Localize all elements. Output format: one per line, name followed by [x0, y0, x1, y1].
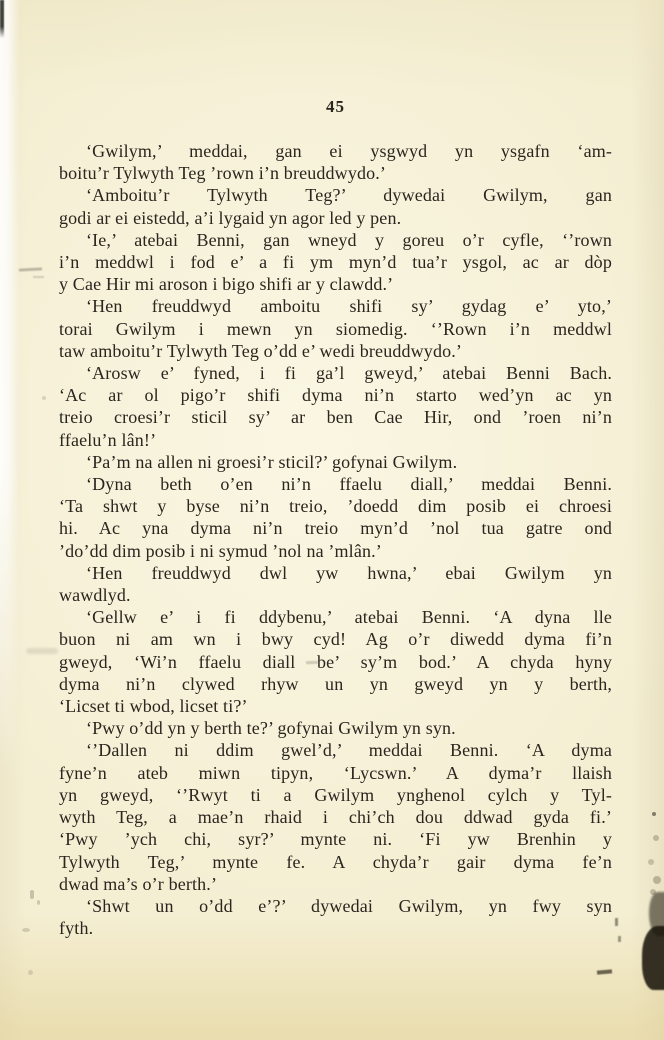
scan-smudge — [306, 661, 318, 664]
text-line: ‘Licset ti wbod, licset ti?’ — [59, 695, 612, 717]
text-line: wyth Teg, a mae’n rhaid i chi’ch dou ddw… — [59, 806, 612, 828]
scan-speck — [42, 396, 46, 400]
text-line: treio croesi’r sticil sy’ ar ben Cae Hir… — [59, 406, 612, 428]
text-line: ‘Ta shwt y byse ni’n treio, ’doedd dim p… — [59, 495, 612, 517]
text-line: godi ar ei eistedd, a’i lygaid yn agor l… — [59, 207, 612, 229]
text-line: gweyd, ‘Wi’n ffaelu diall be’ sy’m bod.’… — [59, 651, 612, 673]
text-line: ‘’Dallen ni ddim gwel’d,’ meddai Benni. … — [59, 739, 612, 761]
ink-speckles — [652, 812, 656, 816]
text-line: ’do’dd dim posib i ni symud ’nol na ’mlâ… — [59, 540, 612, 562]
text-line: y Cae Hir mi aroson i bigo shifi ar y cl… — [59, 273, 612, 295]
pencil-mark — [33, 276, 44, 278]
ink-speckles — [615, 918, 618, 926]
text-line: ‘Hen freuddwyd amboitu shifi sy’ gydag e… — [59, 295, 612, 317]
text-line: boitu’r Tylwyth Teg ’rown i’n breuddwydo… — [59, 162, 612, 184]
text-line: ‘Gwilym,’ meddai, gan ei ysgwyd yn ysgaf… — [59, 140, 612, 162]
scan-speck — [28, 970, 33, 975]
text-line: ‘Hen freuddwyd dwl yw hwna,’ ebai Gwilym… — [59, 562, 612, 584]
text-line: ‘Pa’m na allen ni groesi’r sticil?’ gofy… — [59, 451, 612, 473]
text-line: hi. Ac yna dyma ni’n treio myn’d ’nol tu… — [59, 517, 612, 539]
text-line: ‘Pwy o’dd yn y berth te?’ gofynai Gwilym… — [59, 717, 612, 739]
text-line: ‘Dyna beth o’en ni’n ffaelu diall,’ medd… — [59, 473, 612, 495]
page-number: 45 — [59, 97, 612, 117]
text-line: ‘Shwt un o’dd e’?’ dywedai Gwilym, yn fw… — [59, 895, 612, 917]
pencil-mark — [597, 969, 612, 974]
ink-speckles — [618, 936, 621, 942]
text-line: fyth. — [59, 917, 612, 939]
scan-speck — [37, 900, 40, 905]
page-edge-highlight — [0, 0, 20, 780]
text-line: ‘Ie,’ atebai Benni, gan wneyd y goreu o’… — [59, 229, 612, 251]
text-line: taw amboitu’r Tylwyth Teg o’dd e’ wedi b… — [59, 340, 612, 362]
text-line: ‘Amboitu’r Tylwyth Teg?’ dywedai Gwilym,… — [59, 184, 612, 206]
scan-edge-shadow — [0, 0, 4, 38]
scan-smudge — [26, 648, 58, 654]
text-line: fyne’n ateb miwn tipyn, ‘Lycswn.’ A dyma… — [59, 762, 612, 784]
scan-speck — [22, 928, 30, 932]
text-line: ‘Gellw e’ i fi ddybenu,’ atebai Benni. ‘… — [59, 606, 612, 628]
text-line: i’n meddwl i fod e’ a fi ym myn’d tua’r … — [59, 251, 612, 273]
text-line: Tylwyth Teg,’ mynte fe. A chyda’r gair d… — [59, 851, 612, 873]
ink-blot — [642, 926, 664, 990]
text-line: buon ni am wn i bwy cyd! Ag o’r diwedd d… — [59, 628, 612, 650]
pencil-mark — [19, 267, 42, 271]
book-page: 45 ‘Gwilym,’ meddai, gan ei ysgwyd yn ys… — [0, 0, 664, 1040]
text-line: torai Gwilym i mewn yn siomedig. ‘’Rown … — [59, 318, 612, 340]
text-block: ‘Gwilym,’ meddai, gan ei ysgwyd yn ysgaf… — [59, 140, 612, 939]
text-line: dwad ma’s o’r berth.’ — [59, 873, 612, 895]
text-line: ‘Pwy ’ych chi, syr?’ mynte ni. ‘Fi yw Br… — [59, 828, 612, 850]
text-line: ‘Ac ar ol pigo’r shifi dyma ni’n starto … — [59, 384, 612, 406]
scan-speck — [30, 890, 34, 899]
text-line: dyma ni’n clywed rhyw un yn gweyd yn y b… — [59, 673, 612, 695]
text-line: wawdlyd. — [59, 584, 612, 606]
text-line: yn gweyd, ‘’Rwyt ti a Gwilym ynghenol cy… — [59, 784, 612, 806]
text-line: ffaelu’n lân!’ — [59, 429, 612, 451]
text-line: ‘Arosw e’ fyned, i fi ga’l gweyd,’ ateba… — [59, 362, 612, 384]
